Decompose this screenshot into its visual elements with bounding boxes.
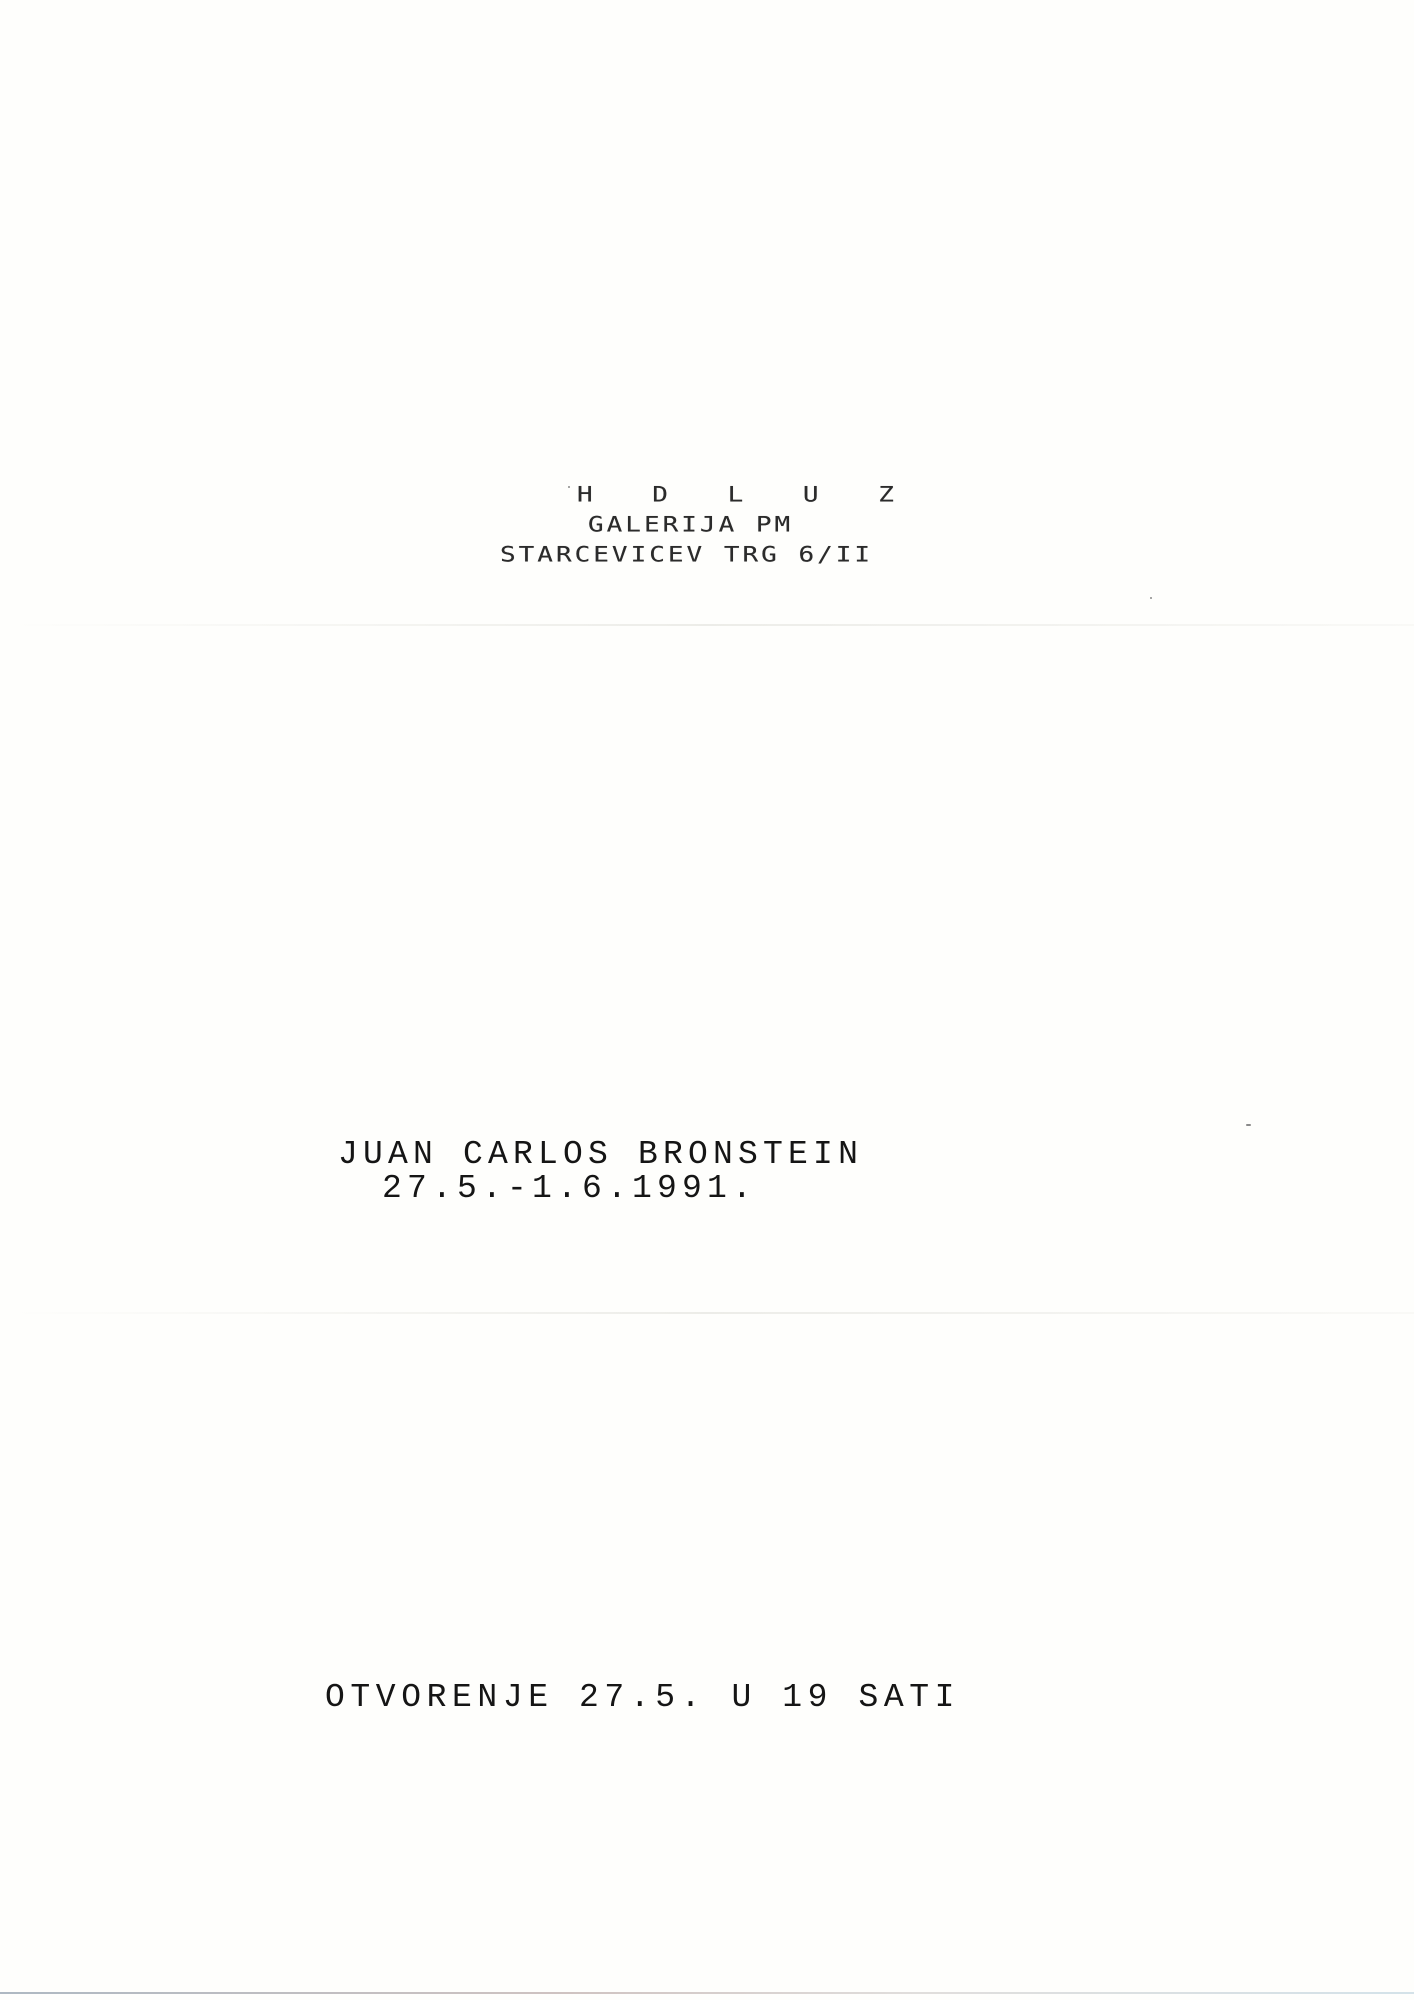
organization-name: H D L U Z: [572, 483, 1080, 508]
artist-name: JUAN CARLOS BRONSTEIN: [338, 1138, 1098, 1172]
opening-notice: OTVORENJE 27.5. U 19 SATI: [325, 1678, 960, 1718]
scan-speck: [1150, 597, 1152, 599]
gallery-header: H D L U Z GALERIJA PM STARCEVICEV TRG 6/…: [500, 480, 1080, 570]
fold-line: [0, 624, 1414, 626]
page-bottom-edge: [0, 1992, 1414, 1994]
scan-speck: [1246, 1124, 1251, 1126]
scanned-page: H D L U Z GALERIJA PM STARCEVICEV TRG 6/…: [0, 0, 1414, 2000]
exhibition-info: JUAN CARLOS BRONSTEIN 27.5.-1.6.1991.: [338, 1138, 1098, 1206]
fold-line: [0, 1312, 1414, 1314]
gallery-address: STARCEVICEV TRG 6/II: [500, 543, 1080, 568]
exhibition-dates: 27.5.-1.6.1991.: [338, 1172, 1098, 1206]
gallery-name: GALERIJA PM: [500, 513, 1080, 538]
